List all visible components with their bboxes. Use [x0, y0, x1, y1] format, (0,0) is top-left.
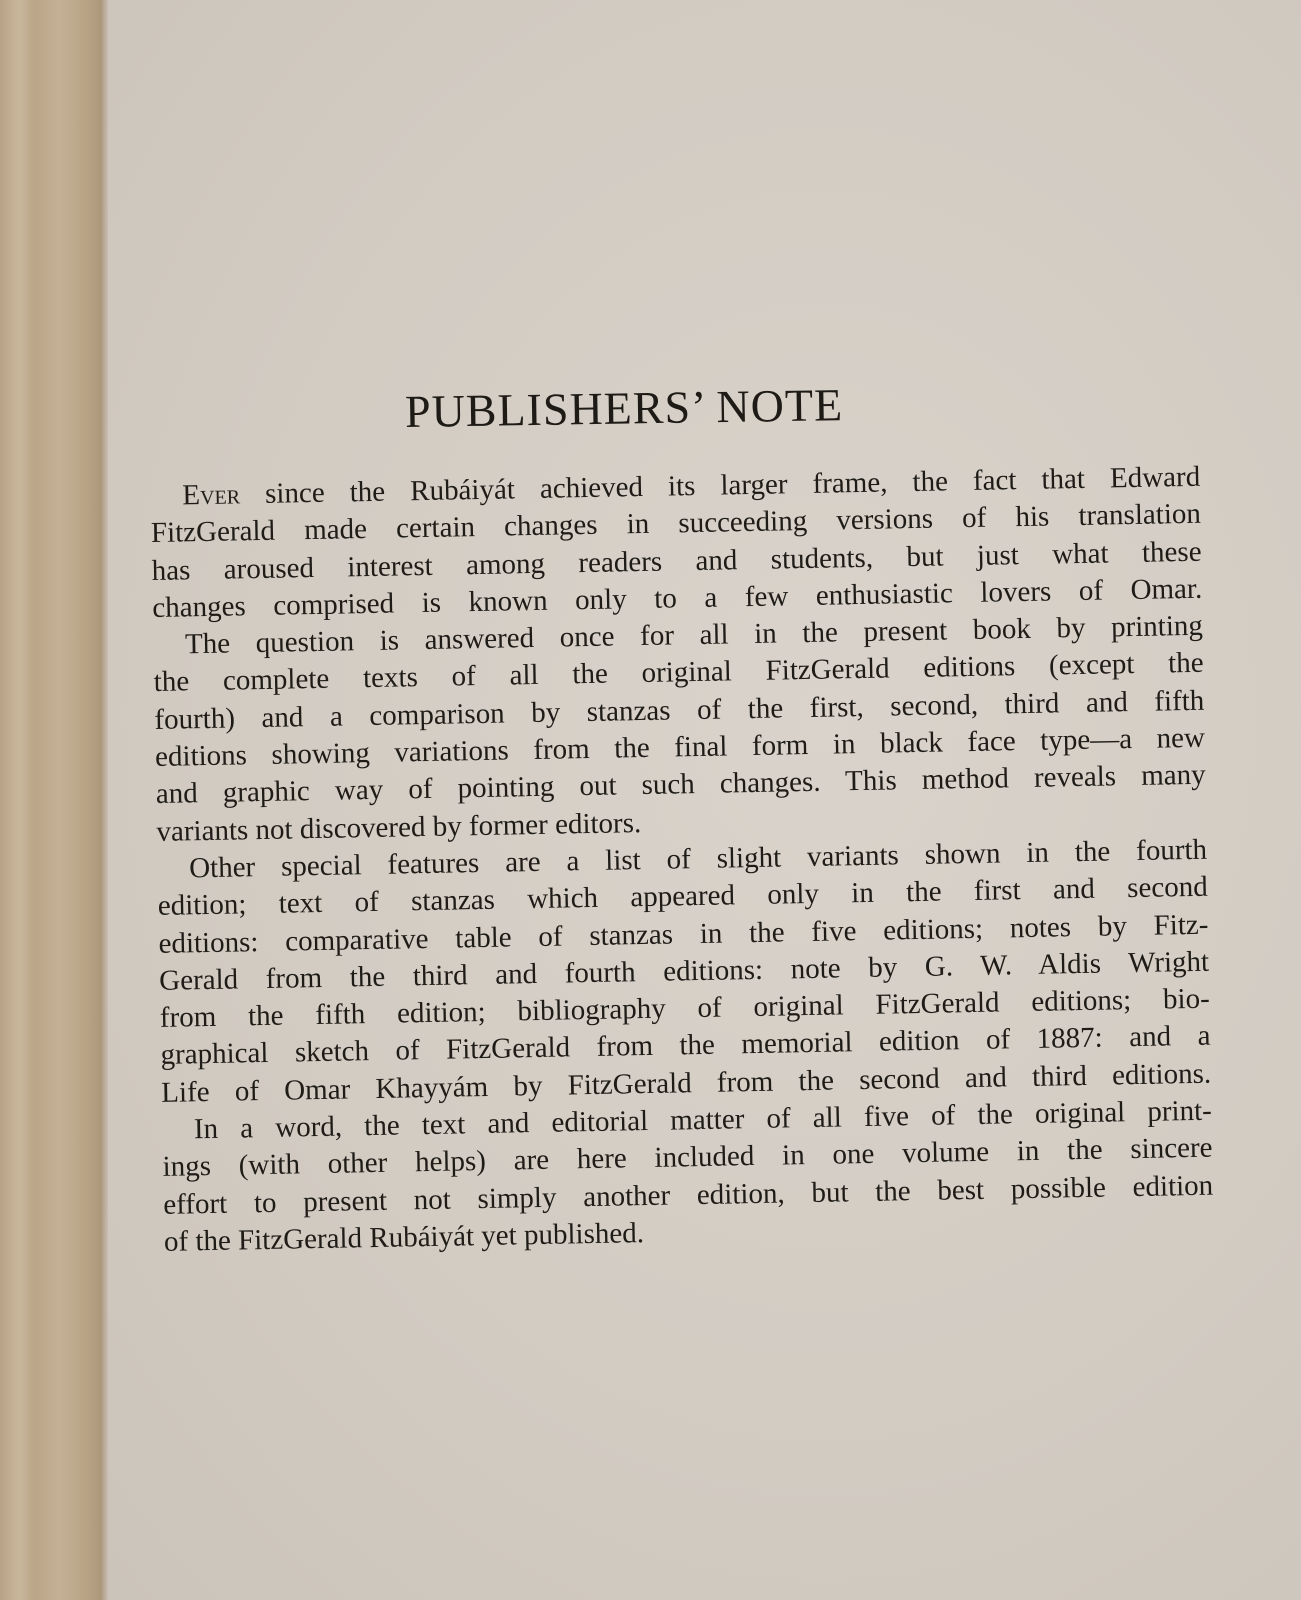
page-title: PUBLISHERS’ NOTE	[405, 377, 926, 438]
paragraph-4: In a word, the text and editorial matter…	[162, 1093, 1215, 1261]
book-gutter	[0, 0, 108, 1600]
publishers-note-body: Ever since the Rubáiyát achieved its lar…	[150, 459, 1214, 1261]
paragraph-3: Other special features are a list of sli…	[157, 832, 1212, 1112]
paragraph-1: Ever since the Rubáiyát achieved its lar…	[150, 459, 1203, 627]
lead-smallcaps: Ever	[182, 478, 240, 511]
page-edge-shadow	[100, 0, 108, 1600]
paragraph-2: The question is answered once for all in…	[153, 608, 1207, 851]
